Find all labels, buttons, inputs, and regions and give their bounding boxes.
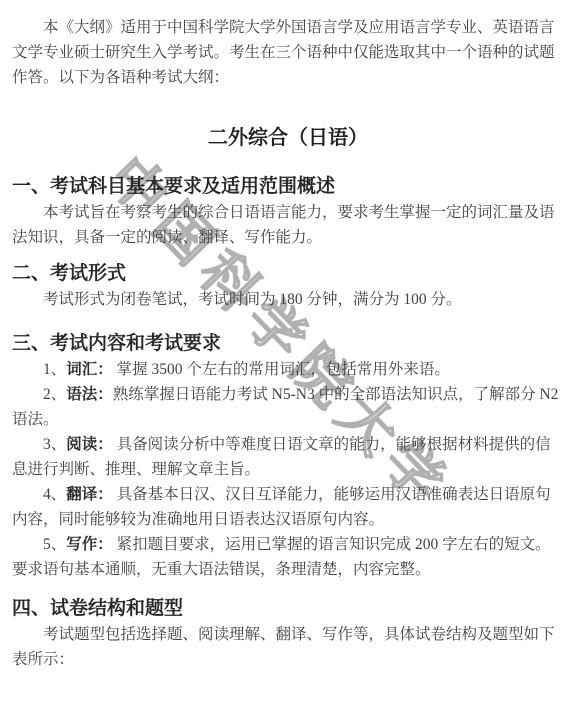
page-title: 二外综合（日语）	[12, 124, 564, 152]
section-1-body: 本考试旨在考察考生的综合日语语言能力，要求考生掌握一定的词汇量及语法知识，具备一…	[12, 200, 564, 250]
exam-item-writing: 5、写作： 紧扣题目要求，运用已掌握的语言知识完成 200 字左右的短文。要求语…	[12, 532, 564, 582]
exam-item-translation: 4、翻译： 具备基本日汉、汉日互译能力，能够运用汉语准确表达日语原句内容，同时能…	[12, 482, 564, 532]
item-number: 4、	[43, 486, 66, 503]
item-number: 5、	[43, 536, 66, 553]
item-term: 语法：	[66, 386, 113, 403]
item-text: 掌握 3500 个左右的常用词汇，包括常用外来语。	[113, 361, 450, 378]
section-3-heading: 三、考试内容和考试要求	[12, 331, 564, 357]
section-2-body: 考试形式为闭卷笔试，考试时间为 180 分钟，满分为 100 分。	[12, 287, 564, 312]
section-4-body: 考试题型包括选择题、阅读理解、翻译、写作等，具体试卷结构及题型如下表所示：	[12, 622, 564, 672]
item-number: 1、	[43, 361, 66, 378]
section-1-heading: 一、考试科目基本要求及适用范围概述	[12, 174, 564, 200]
document-page: 中国科学院大学 本《大纲》适用于中国科学院大学外国语言学及应用语言学专业、英语语…	[0, 0, 578, 725]
item-term: 词汇：	[66, 361, 113, 378]
item-term: 翻译：	[66, 486, 113, 503]
section-4-heading: 四、试卷结构和题型	[12, 596, 564, 622]
document-content: 本《大纲》适用于中国科学院大学外国语言学及应用语言学专业、英语语言文学专业硕士研…	[0, 0, 578, 672]
item-number: 2、	[43, 386, 66, 403]
exam-item-grammar: 2、语法：熟练掌握日语能力考试 N5-N3 中的全部语法知识点，了解部分 N2 …	[12, 382, 564, 432]
item-number: 3、	[43, 436, 66, 453]
exam-item-vocabulary: 1、词汇： 掌握 3500 个左右的常用词汇，包括常用外来语。	[12, 357, 564, 382]
item-term: 阅读：	[66, 436, 113, 453]
section-2-heading: 二、考试形式	[12, 261, 564, 287]
intro-paragraph: 本《大纲》适用于中国科学院大学外国语言学及应用语言学专业、英语语言文学专业硕士研…	[12, 15, 564, 90]
exam-item-reading: 3、阅读： 具备阅读分析中等难度日语文章的能力，能够根据材料提供的信息进行判断、…	[12, 432, 564, 482]
item-term: 写作：	[66, 536, 113, 553]
